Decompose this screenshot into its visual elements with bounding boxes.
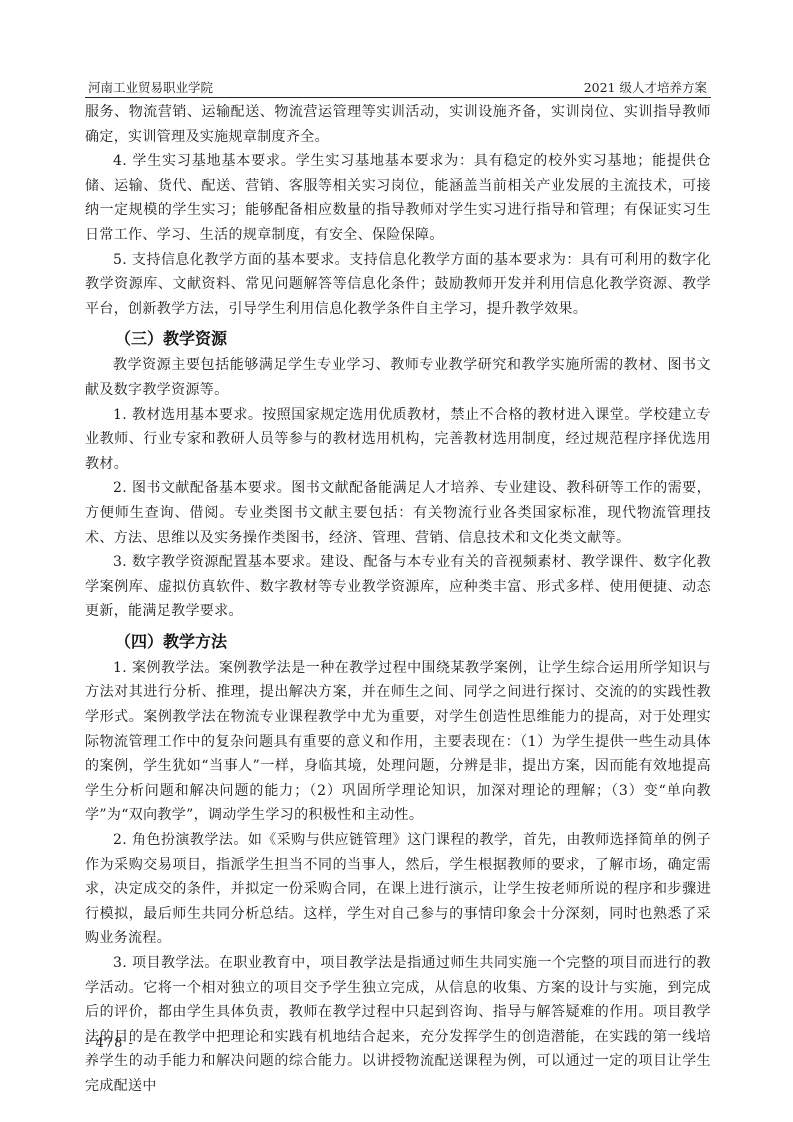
paragraph-textbook-selection: 1. 教材选用基本要求。按照国家规定选用优质教材，禁止不合格的教材进入课堂。学校… [85,403,711,477]
page-body: 服务、物流营销、运输配送、物流营运管理等实训活动，实训设施齐备，实训岗位、实训指… [85,100,711,1099]
paragraph-resources-intro: 教学资源主要包括能够满足学生专业学习、教师专业教学研究和教学实施所需的教材、图书… [85,353,711,402]
page-header: 河南工业贸易职业学院 2021 级人才培养方案 [85,76,711,96]
header-divider [85,97,711,98]
paragraph-informatized-teaching: 5. 支持信息化教学方面的基本要求。支持信息化教学方面的基本要求为：具有可利用的… [85,248,711,322]
page-number: - 478 - [85,1036,134,1051]
paragraph-project-teaching: 3. 项目教学法。在职业教育中，项目教学法是指通过师生共同实施一个完整的项目而进… [85,951,711,1099]
paragraph-library-resources: 2. 图书文献配备基本要求。图书文献配备能满足人才培养、专业建设、教科研等工作的… [85,476,711,550]
header-institution: 河南工业贸易职业学院 [88,78,213,96]
paragraph-case-teaching: 1. 案例教学法。案例教学法是一种在教学过程中围绕某教学案例，让学生综合运用所学… [85,656,711,828]
paragraph-internship-base: 4. 学生实习基地基本要求。学生实习基地基本要求为：具有稳定的校外实习基地；能提… [85,149,711,247]
paragraph-role-play-teaching: 2. 角色扮演教学法。如《采购与供应链管理》这门课程的教学，首先，由教师选择简单… [85,828,711,951]
paragraph-training-facilities-continued: 服务、物流营销、运输配送、物流营运管理等实训活动，实训设施齐备，实训岗位、实训指… [85,100,711,149]
section-heading-teaching-methods: （四）教学方法 [85,630,711,654]
section-heading-teaching-resources: （三）教学资源 [85,327,711,351]
header-document-title: 2021 级人才培养方案 [584,78,707,96]
paragraph-digital-resources: 3. 数字教学资源配置基本要求。建设、配备与本专业有关的音视频素材、教学课件、数… [85,550,711,624]
